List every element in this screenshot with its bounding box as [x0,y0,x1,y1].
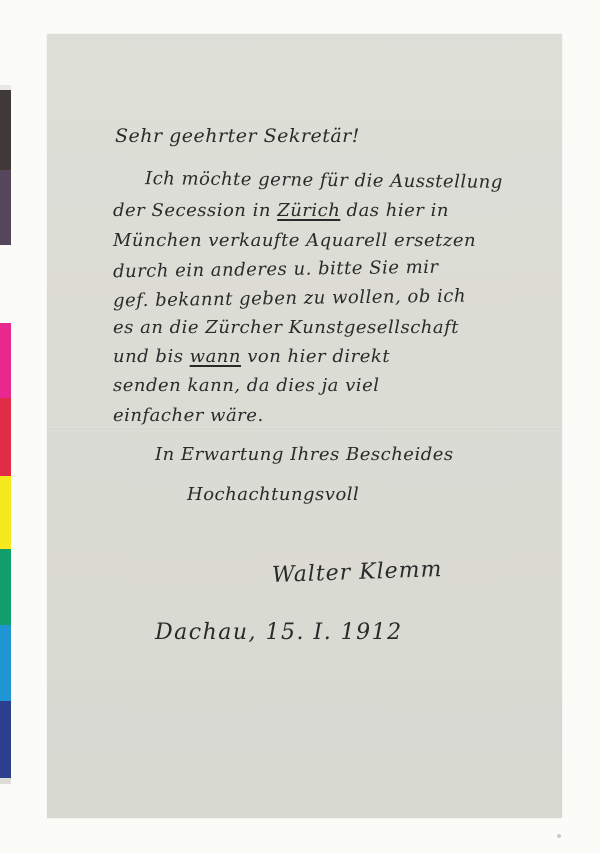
color-swatch-magenta [0,323,11,398]
color-swatch-red [0,398,11,476]
letter-body-line-7-end: von hier direkt [241,346,390,367]
letter-body-line-7: und bis wann von hier direkt [113,348,390,366]
underlined-word-zurich: Zürich [277,200,340,221]
letter-body-line-1: Ich möchte gerne für die Ausstellung [145,170,503,192]
letter-salutation: Sehr geehrter Sekretär! [115,127,360,146]
letter-body-line-9: einfacher wäre. [113,407,264,425]
letter-place-date: Dachau, 15. I. 1912 [155,622,403,644]
letter-body-line-6: es an die Zürcher Kunstgesellschaft [113,319,459,337]
color-swatch-yellow [0,476,11,549]
letter-sheet: Sehr geehrter Sekretär! Ich möchte gerne… [47,34,562,818]
letter-body-line-2: der Secession in Zürich das hier in [113,202,449,220]
paper-spot [557,834,561,838]
color-swatch-dark-gray [0,90,11,170]
color-swatch-white [0,245,11,323]
letter-body-line-5: gef. bekannt geben zu wollen, ob ich [113,288,466,311]
underlined-word-wann: wann [190,346,241,367]
color-swatch-cyan [0,625,11,701]
color-swatch-purple-gray [0,170,11,245]
color-swatch-blue [0,701,11,778]
letter-valediction: Hochachtungsvoll [187,486,359,504]
letter-closing-line: In Erwartung Ihres Bescheides [155,446,454,464]
letter-body-line-4: durch ein anderes u. bitte Sie mir [113,259,439,282]
letter-body-line-8: senden kann, da dies ja viel [113,377,379,395]
color-swatch-green [0,549,11,625]
letter-body-line-3: München verkaufte Aquarell ersetzen [113,232,476,250]
letter-body-line-2-mark: in [253,200,278,221]
paper-fold-line [47,427,562,429]
letter-body-line-2-end: das hier in [340,200,449,221]
letter-signature: Walter Klemm [272,559,443,587]
letter-body-line-2-start: der Secession [113,200,253,221]
color-calibration-bar [0,90,11,778]
color-bar-bottom-edge [0,778,11,784]
letter-body-line-7-start: und bis [113,346,190,367]
